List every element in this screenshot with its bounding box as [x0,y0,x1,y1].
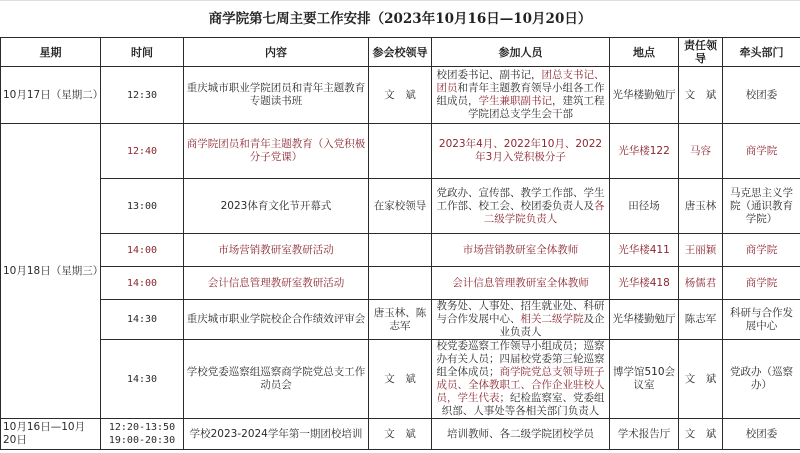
responsible-cell: 文 斌 [679,419,723,450]
content-cell: 2023体育文化节开幕式 [184,179,369,234]
participants-segment: 市场营销教研室全体教师 [463,244,579,256]
header-weekday: 星期 [1,38,101,67]
time-cell: 13:00 [101,179,184,234]
department-cell: 马克思主义学院（通识教育学院） [723,179,800,234]
responsible-cell: 唐玉林 [679,179,723,234]
department-cell: 商学院 [723,267,800,300]
responsible-cell: 文 斌 [679,340,723,419]
table-row: 14:00市场营销教研室教研活动市场营销教研室全体教师光华楼411王丽颖商学院 [1,234,800,267]
schedule-page: 商学院第七周主要工作安排（2023年10月16日—10月20日） 星期 时间 内… [0,0,800,453]
school-leader-cell [369,234,432,267]
school-leader-cell: 文 斌 [369,419,432,450]
location-cell: 光华楼418 [610,267,679,300]
weekday-cell: 10月18日（星期三） [1,124,101,419]
header-responsible: 责任领导 [679,38,723,67]
header-participants: 参加人员 [432,38,610,67]
location-cell: 田径场 [610,179,679,234]
department-cell: 商学院 [723,234,800,267]
department-cell: 校团委 [723,419,800,450]
location-cell: 博学馆510会议室 [610,340,679,419]
school-leader-cell [369,124,432,179]
time-line: 12:20-13:50 [103,421,181,434]
location-cell: 光华楼411 [610,234,679,267]
participants-cell: 会计信息管理教研室全体教师 [432,267,610,300]
department-cell: 党政办（巡察办） [723,340,800,419]
participants-cell: 培训教师、各二级学院团校学员 [432,419,610,450]
time-cell: 14:00 [101,234,184,267]
department-cell: 科研与合作发展中心 [723,300,800,340]
responsible-cell: 杨儒君 [679,267,723,300]
department-cell: 商学院 [723,124,800,179]
responsible-cell: 文 斌 [679,67,723,124]
table-row: 14:30学校党委巡察组巡察商学院党总支工作动员会文 斌校党委巡察工作领导小组成… [1,340,800,419]
header-school-leader: 参会校领导 [369,38,432,67]
responsible-cell: 马容 [679,124,723,179]
participants-cell: 校团委书记、副书记，团总支书记、团员和青年主题教育领导小组各工作组成员，学生兼职… [432,67,610,124]
participants-segment: 培训教师、各二级学院团校学员 [447,428,594,440]
table-row: 10月17日（星期二）12:30重庆城市职业学院团员和青年主题教育专题读书班文 … [1,67,800,124]
participants-cell: 2023年4月、2022年10月、2022年3月入党积极分子 [432,124,610,179]
school-leader-cell: 唐玉林、陈志军 [369,300,432,340]
participants-cell: 教务处、人事处、招生就业处、科研与合作发展中心、相关二级学院及企业负责人 [432,300,610,340]
location-cell: 光华楼勤勉厅 [610,67,679,124]
content-cell: 学校2023-2024学年第一期团校培训 [184,419,369,450]
header-department: 牵头部门 [723,38,800,67]
header-content: 内容 [184,38,369,67]
time-cell: 12:40 [101,124,184,179]
content-cell: 会计信息管理教研室教研活动 [184,267,369,300]
participants-segment: 学生兼职副书记 [479,95,553,107]
table-row: 10月18日（星期三）12:40商学院团员和青年主题教育（入党积极分子党课）20… [1,124,800,179]
participants-cell: 校党委巡察工作领导小组成员；巡察办有关人员；四届校党委第三轮巡察组全体成员；商学… [432,340,610,419]
responsible-cell: 王丽颖 [679,234,723,267]
content-cell: 重庆城市职业学院团员和青年主题教育专题读书班 [184,67,369,124]
participants-segment: 2023年4月、2022年10月、2022年3月入党积极分子 [439,138,602,163]
school-leader-cell: 文 斌 [369,340,432,419]
participants-segment: 相关二级学院 [521,313,584,325]
schedule-table: 星期 时间 内容 参会校领导 参加人员 地点 责任领导 牵头部门 10月17日（… [0,37,800,450]
table-row: 14:00会计信息管理教研室教研活动会计信息管理教研室全体教师光华楼418杨儒君… [1,267,800,300]
participants-cell: 党政办、宣传部、教学工作部、学生工作部、校工会、校团委负责人及各二级学院负责人 [432,179,610,234]
location-cell: 学术报告厅 [610,419,679,450]
school-leader-cell [369,267,432,300]
responsible-cell: 陈志军 [679,300,723,340]
content-cell: 学校党委巡察组巡察商学院党总支工作动员会 [184,340,369,419]
content-cell: 重庆城市职业学院校企合作绩效评审会 [184,300,369,340]
table-row: 14:30重庆城市职业学院校企合作绩效评审会唐玉林、陈志军教务处、人事处、招生就… [1,300,800,340]
header-location: 地点 [610,38,679,67]
table-row: 13:002023体育文化节开幕式在家校领导党政办、宣传部、教学工作部、学生工作… [1,179,800,234]
location-cell: 光华楼122 [610,124,679,179]
table-row: 10月16日—10月20日12:20-13:5019:00-20:30学校202… [1,419,800,450]
time-cell: 12:20-13:5019:00-20:30 [101,419,184,450]
header-time: 时间 [101,38,184,67]
participants-segment: 会计信息管理教研室全体教师 [452,277,589,289]
time-cell: 12:30 [101,67,184,124]
school-leader-cell: 在家校领导 [369,179,432,234]
time-line: 19:00-20:30 [103,434,181,447]
content-cell: 商学院团员和青年主题教育（入党积极分子党课） [184,124,369,179]
location-cell: 光华楼勤勉厅 [610,300,679,340]
time-cell: 14:30 [101,340,184,419]
time-cell: 14:00 [101,267,184,300]
department-cell: 校团委 [723,67,800,124]
time-cell: 14:30 [101,300,184,340]
weekday-cell: 10月17日（星期二） [1,67,101,124]
content-cell: 市场营销教研室教研活动 [184,234,369,267]
table-header-row: 星期 时间 内容 参会校领导 参加人员 地点 责任领导 牵头部门 [1,38,800,67]
participants-cell: 市场营销教研室全体教师 [432,234,610,267]
page-title: 商学院第七周主要工作安排（2023年10月16日—10月20日） [0,0,800,38]
school-leader-cell: 文 斌 [369,67,432,124]
weekday-cell: 10月16日—10月20日 [1,419,101,450]
participants-segment: 校团委书记、副书记， [437,69,542,81]
participants-segment: 党政办、宣传部、教学工作部、学生工作部、校工会、校团委负责人及 [437,187,605,212]
